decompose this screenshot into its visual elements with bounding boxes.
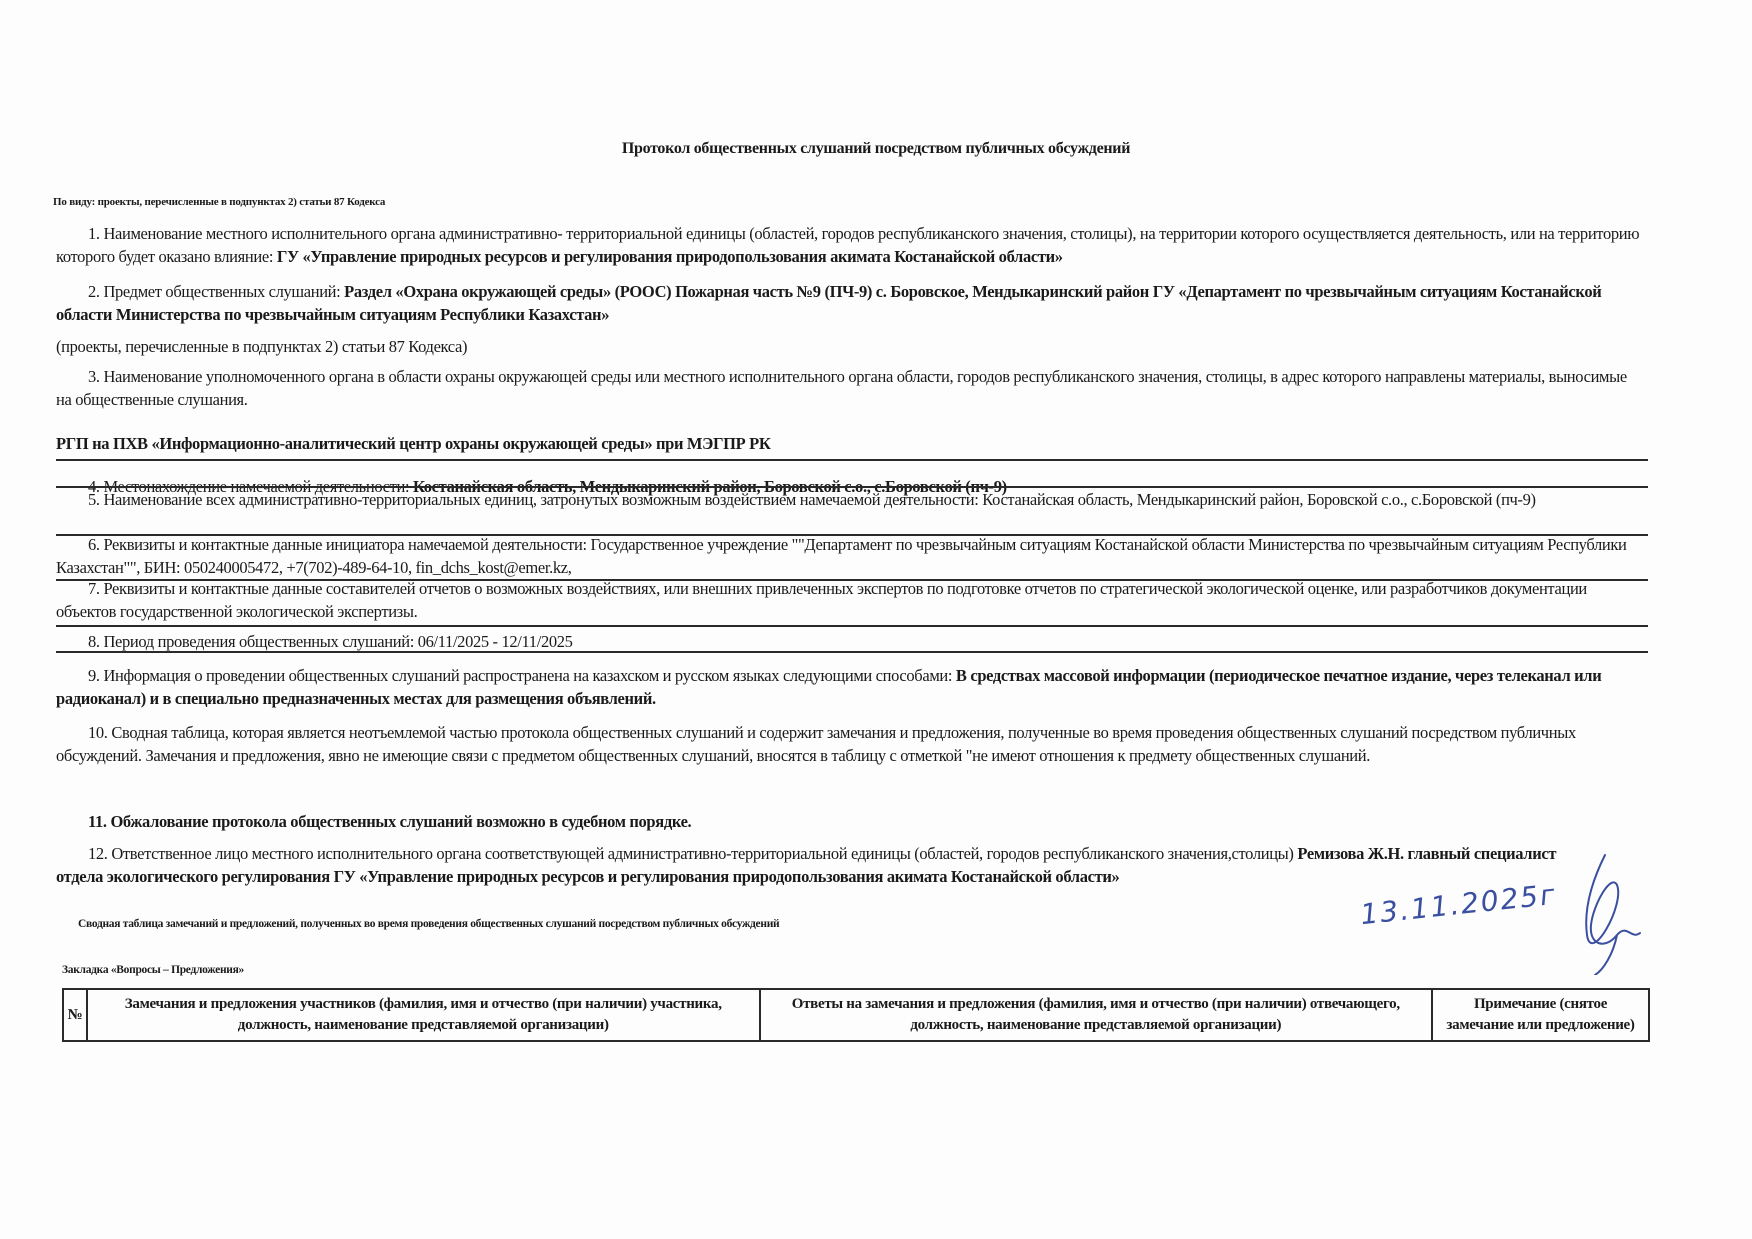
item-10: 10. Сводная таблица, которая является не… <box>56 721 1646 767</box>
item-11: 11. Обжалование протокола общественных с… <box>56 810 1646 833</box>
scanned-document-page: Протокол общественных слушаний посредств… <box>0 0 1752 1239</box>
signature-icon <box>1355 845 1655 975</box>
item-6: 6. Реквизиты и контактные данные инициат… <box>56 533 1646 579</box>
item-1: 1. Наименование местного исполнительного… <box>56 222 1646 268</box>
item-2: 2. Предмет общественных слушаний: Раздел… <box>56 280 1646 326</box>
col-participant-comments: Замечания и предложения участников (фами… <box>87 989 760 1041</box>
divider <box>56 459 1648 461</box>
item-9: 9. Информация о проведении общественных … <box>56 664 1646 710</box>
item-7: 7. Реквизиты и контактные данные состави… <box>56 577 1646 623</box>
item-12: 12. Ответственное лицо местного исполнит… <box>56 842 1576 888</box>
divider <box>56 625 1648 627</box>
item-3-authority: РГП на ПХВ «Информационно-аналитический … <box>56 432 1646 455</box>
summary-table-caption: Сводная таблица замечаний и предложений,… <box>78 918 779 930</box>
col-number: № <box>63 989 87 1041</box>
item-8: 8. Период проведения общественных слушан… <box>56 630 1646 653</box>
col-responses: Ответы на замечания и предложения (фамил… <box>760 989 1433 1041</box>
document-kind-line: По виду: проекты, перечисленные в подпун… <box>53 196 385 208</box>
tab-caption: Закладка «Вопросы – Предложения» <box>62 964 244 976</box>
col-note: Примечание (снятое замечание или предлож… <box>1432 989 1649 1041</box>
table-header-row: № Замечания и предложения участников (фа… <box>63 989 1649 1041</box>
item-5: 5. Наименование всех административно-тер… <box>56 488 1646 511</box>
divider <box>56 651 1648 653</box>
item-3: 3. Наименование уполномоченного органа в… <box>56 365 1646 411</box>
item-2-note: (проекты, перечисленные в подпунктах 2) … <box>56 335 1646 358</box>
comments-table: № Замечания и предложения участников (фа… <box>62 988 1650 1042</box>
document-title: Протокол общественных слушаний посредств… <box>0 140 1752 158</box>
item-1-organ: ГУ «Управление природных ресурсов и регу… <box>277 247 1063 266</box>
